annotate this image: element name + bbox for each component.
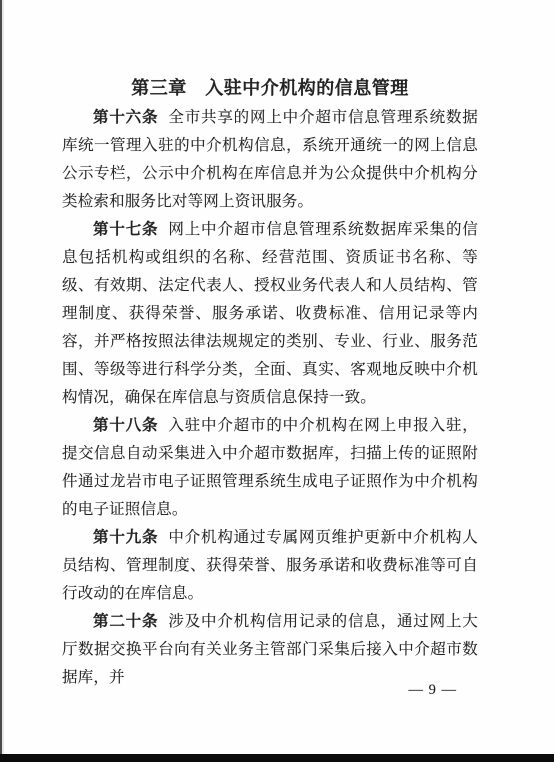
chapter-heading: 第三章 入驻中介机构的信息管理 — [62, 74, 478, 102]
scan-edge-left-soft — [2, 0, 4, 762]
article-paragraph-20: 第二十条涉及中介机构信用记录的信息，通过网上大厅数据交换平台向有关业务主管部门采… — [62, 608, 478, 692]
scan-bar-bottom — [0, 754, 554, 762]
article-paragraph-19: 第十九条中介机构通过专属网页维护更新中介机构人员结构、管理制度、获得荣誉、服务承… — [62, 524, 478, 608]
article-number: 第十六条 — [93, 109, 158, 126]
article-number: 第二十条 — [93, 613, 158, 630]
article-number: 第十九条 — [93, 529, 158, 546]
document-body: 第三章 入驻中介机构的信息管理 第十六条全市共享的网上中介超市信息管理系统数据库… — [62, 74, 478, 692]
article-paragraph-16: 第十六条全市共享的网上中介超市信息管理系统数据库统一管理入驻的中介机构信息，系统… — [62, 104, 478, 216]
article-text: 网上中介超市信息管理系统数据库采集的信息包括机构或组织的名称、经营范围、资质证书… — [62, 221, 478, 406]
article-paragraph-17: 第十七条网上中介超市信息管理系统数据库采集的信息包括机构或组织的名称、经营范围、… — [62, 216, 478, 412]
page-number: — 9 — — [409, 681, 458, 699]
article-number: 第十七条 — [93, 221, 158, 238]
scanned-document-page: { "page": { "chapter_title": "第三章 入驻中介机构… — [0, 0, 554, 762]
article-number: 第十八条 — [93, 417, 158, 434]
article-paragraph-18: 第十八条入驻中介超市的中介机构在网上申报入驻，提交信息自动采集进入中介超市数据库… — [62, 412, 478, 524]
